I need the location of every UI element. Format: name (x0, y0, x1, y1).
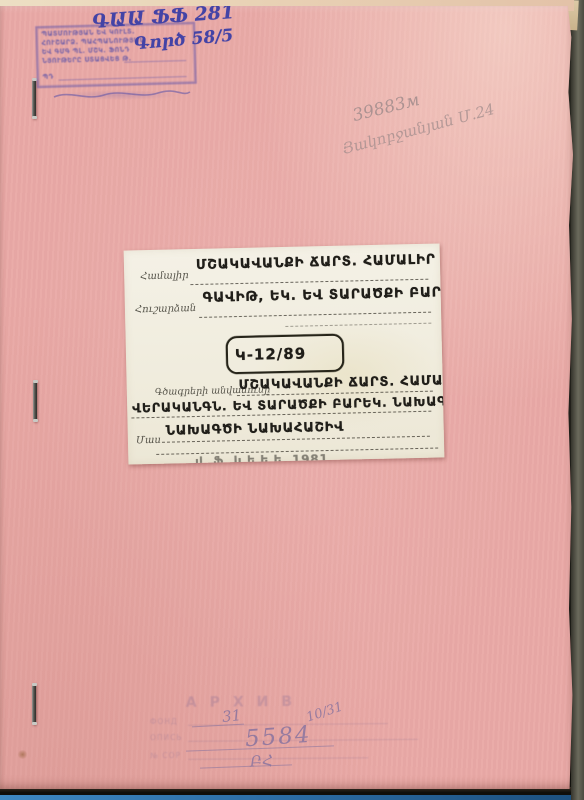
form-line (190, 279, 428, 285)
staple-middle (33, 380, 37, 422)
archive-stamp-title: АРХИВ (186, 694, 305, 711)
archive-stamp-row: № СОР (150, 751, 181, 760)
label-monument-caption: Հուշարձան (135, 303, 196, 315)
scanner-edge-right (571, 0, 584, 800)
label-part-value: ՆԱԽԱԳԾԻ ՆԱԽԱՀԱՇԻՎ (166, 420, 345, 439)
archive-stamp-row: ФОНД (150, 717, 178, 726)
paper-stain (17, 750, 28, 759)
pencil-initials: ԲՀ (250, 751, 274, 770)
ink-squiggle (52, 88, 192, 102)
label-complex-caption: Համալիր (140, 270, 189, 282)
code-stamp-box: Կ-12/89 (226, 334, 345, 375)
label-complex-value: ՄՇԱԿԱՎԱՆՔԻ ՃԱՐՏ. ՀԱՄԱԼԻՐ (196, 252, 436, 273)
archive-stamp-line (188, 757, 368, 760)
stamp-line: ՊԴ (42, 73, 53, 82)
folder-cover: ՊԱՏՄՈՒԹՅԱՆ ԵՎ ԿՈՒԼՏ. ՀՈՒՇԱՐՁ. ՊԱՀՊԱՆՈՒԹՅ… (0, 6, 573, 789)
form-line (199, 312, 431, 318)
label-part-caption: Մաս (136, 435, 161, 447)
label-monument-value: ԳԱՎԻԹ, ԵԿ. ԵՎ ՏԱՐԱԾՔԻ ԲԱՐԵԿ. (203, 284, 445, 306)
code-value: Կ-12/89 (228, 344, 307, 364)
scanned-document: ՊԱՏՄՈՒԹՅԱՆ ԵՎ ԿՈՒԼՏ. ՀՈՒՇԱՐՁ. ՊԱՀՊԱՆՈՒԹՅ… (0, 0, 584, 800)
staple-bottom (32, 683, 36, 725)
staple-top (32, 78, 36, 119)
form-line (285, 323, 431, 327)
archive-stamp-row: ОПИСЬ (150, 733, 183, 742)
typed-title-label: ՄՇԱԿԱՎԱՆՔԻ ՃԱՐՏ. ՀԱՄԱԼԻՐ Համալիր ԳԱՎԻԹ, … (124, 243, 445, 464)
label-project-value-1: ՄՇԱԿԱՎԱՆՔԻ ՃԱՐՏ. ՀԱՄԱԼԻՐ (239, 373, 445, 393)
